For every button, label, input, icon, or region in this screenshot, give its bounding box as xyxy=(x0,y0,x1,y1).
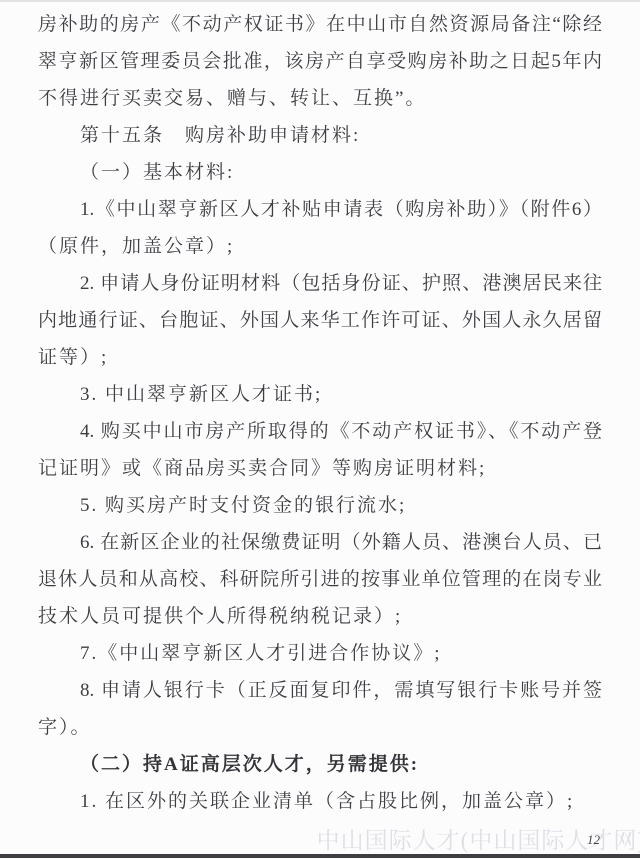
item-4-line: 4. 购买中山市房产所取得的《不动产权证书》、《不动产登 xyxy=(38,413,602,450)
item-1-line: （原件，加盖公章）; xyxy=(38,228,602,265)
item-2-line: 内地通行证、台胞证、外国人来华工作许可证、外国人永久居留 xyxy=(38,302,602,339)
item-2-line: 2. 申请人身份证明材料（包括身份证、护照、港澳居民来往 xyxy=(38,265,602,302)
document-body: 房补助的房产《不动产权证书》在中山市自然资源局备注“除经 翠亨新区管理委员会批准… xyxy=(38,6,602,820)
section-2-item-1-line: 1. 在区外的关联企业清单（含占股比例，加盖公章）; xyxy=(38,783,602,820)
item-5-line: 5. 购买房产时支付资金的银行流水; xyxy=(38,487,602,524)
item-2-line: 证等）; xyxy=(38,339,602,376)
continuation-paragraph-line: 不得进行买卖交易、赠与、转让、互换”。 xyxy=(38,80,602,117)
item-8-line: 8. 申请人银行卡（正反面复印件，需填写银行卡账号并签 xyxy=(38,672,602,709)
section-1-heading: （一）基本材料: xyxy=(38,154,602,191)
continuation-paragraph-line: 房补助的房产《不动产权证书》在中山市自然资源局备注“除经 xyxy=(38,6,602,43)
item-4-line: 记证明》或《商品房买卖合同》等购房证明材料; xyxy=(38,450,602,487)
item-7-line: 7.《中山翠亨新区人才引进合作协议》; xyxy=(38,635,602,672)
page-top-edge xyxy=(0,0,640,2)
item-6-line: 技术人员可提供个人所得税纳税记录）; xyxy=(38,598,602,635)
item-6-line: 6. 在新区企业的社保缴费证明（外籍人员、港澳台人员、已 xyxy=(38,524,602,561)
article-15-heading: 第十五条 购房补助申请材料: xyxy=(38,117,602,154)
item-6-line: 退休人员和从高校、科研院所引进的按事业单位管理的在岗专业 xyxy=(38,561,602,598)
page-number: 12 xyxy=(587,832,600,848)
document-page: 房补助的房产《不动产权证书》在中山市自然资源局备注“除经 翠亨新区管理委员会批准… xyxy=(0,0,640,859)
continuation-paragraph-line: 翠亨新区管理委员会批准，该房产自享受购房补助之日起5年内 xyxy=(38,43,602,80)
page-bottom-edge xyxy=(0,854,640,858)
item-8-line: 字）。 xyxy=(38,709,602,746)
item-1-line: 1.《中山翠亨新区人才补贴申请表（购房补助）》（附件6） xyxy=(38,191,602,228)
section-2-heading: （二）持A证高层次人才，另需提供: xyxy=(38,746,602,783)
item-3-line: 3. 中山翠亨新区人才证书; xyxy=(38,376,602,413)
